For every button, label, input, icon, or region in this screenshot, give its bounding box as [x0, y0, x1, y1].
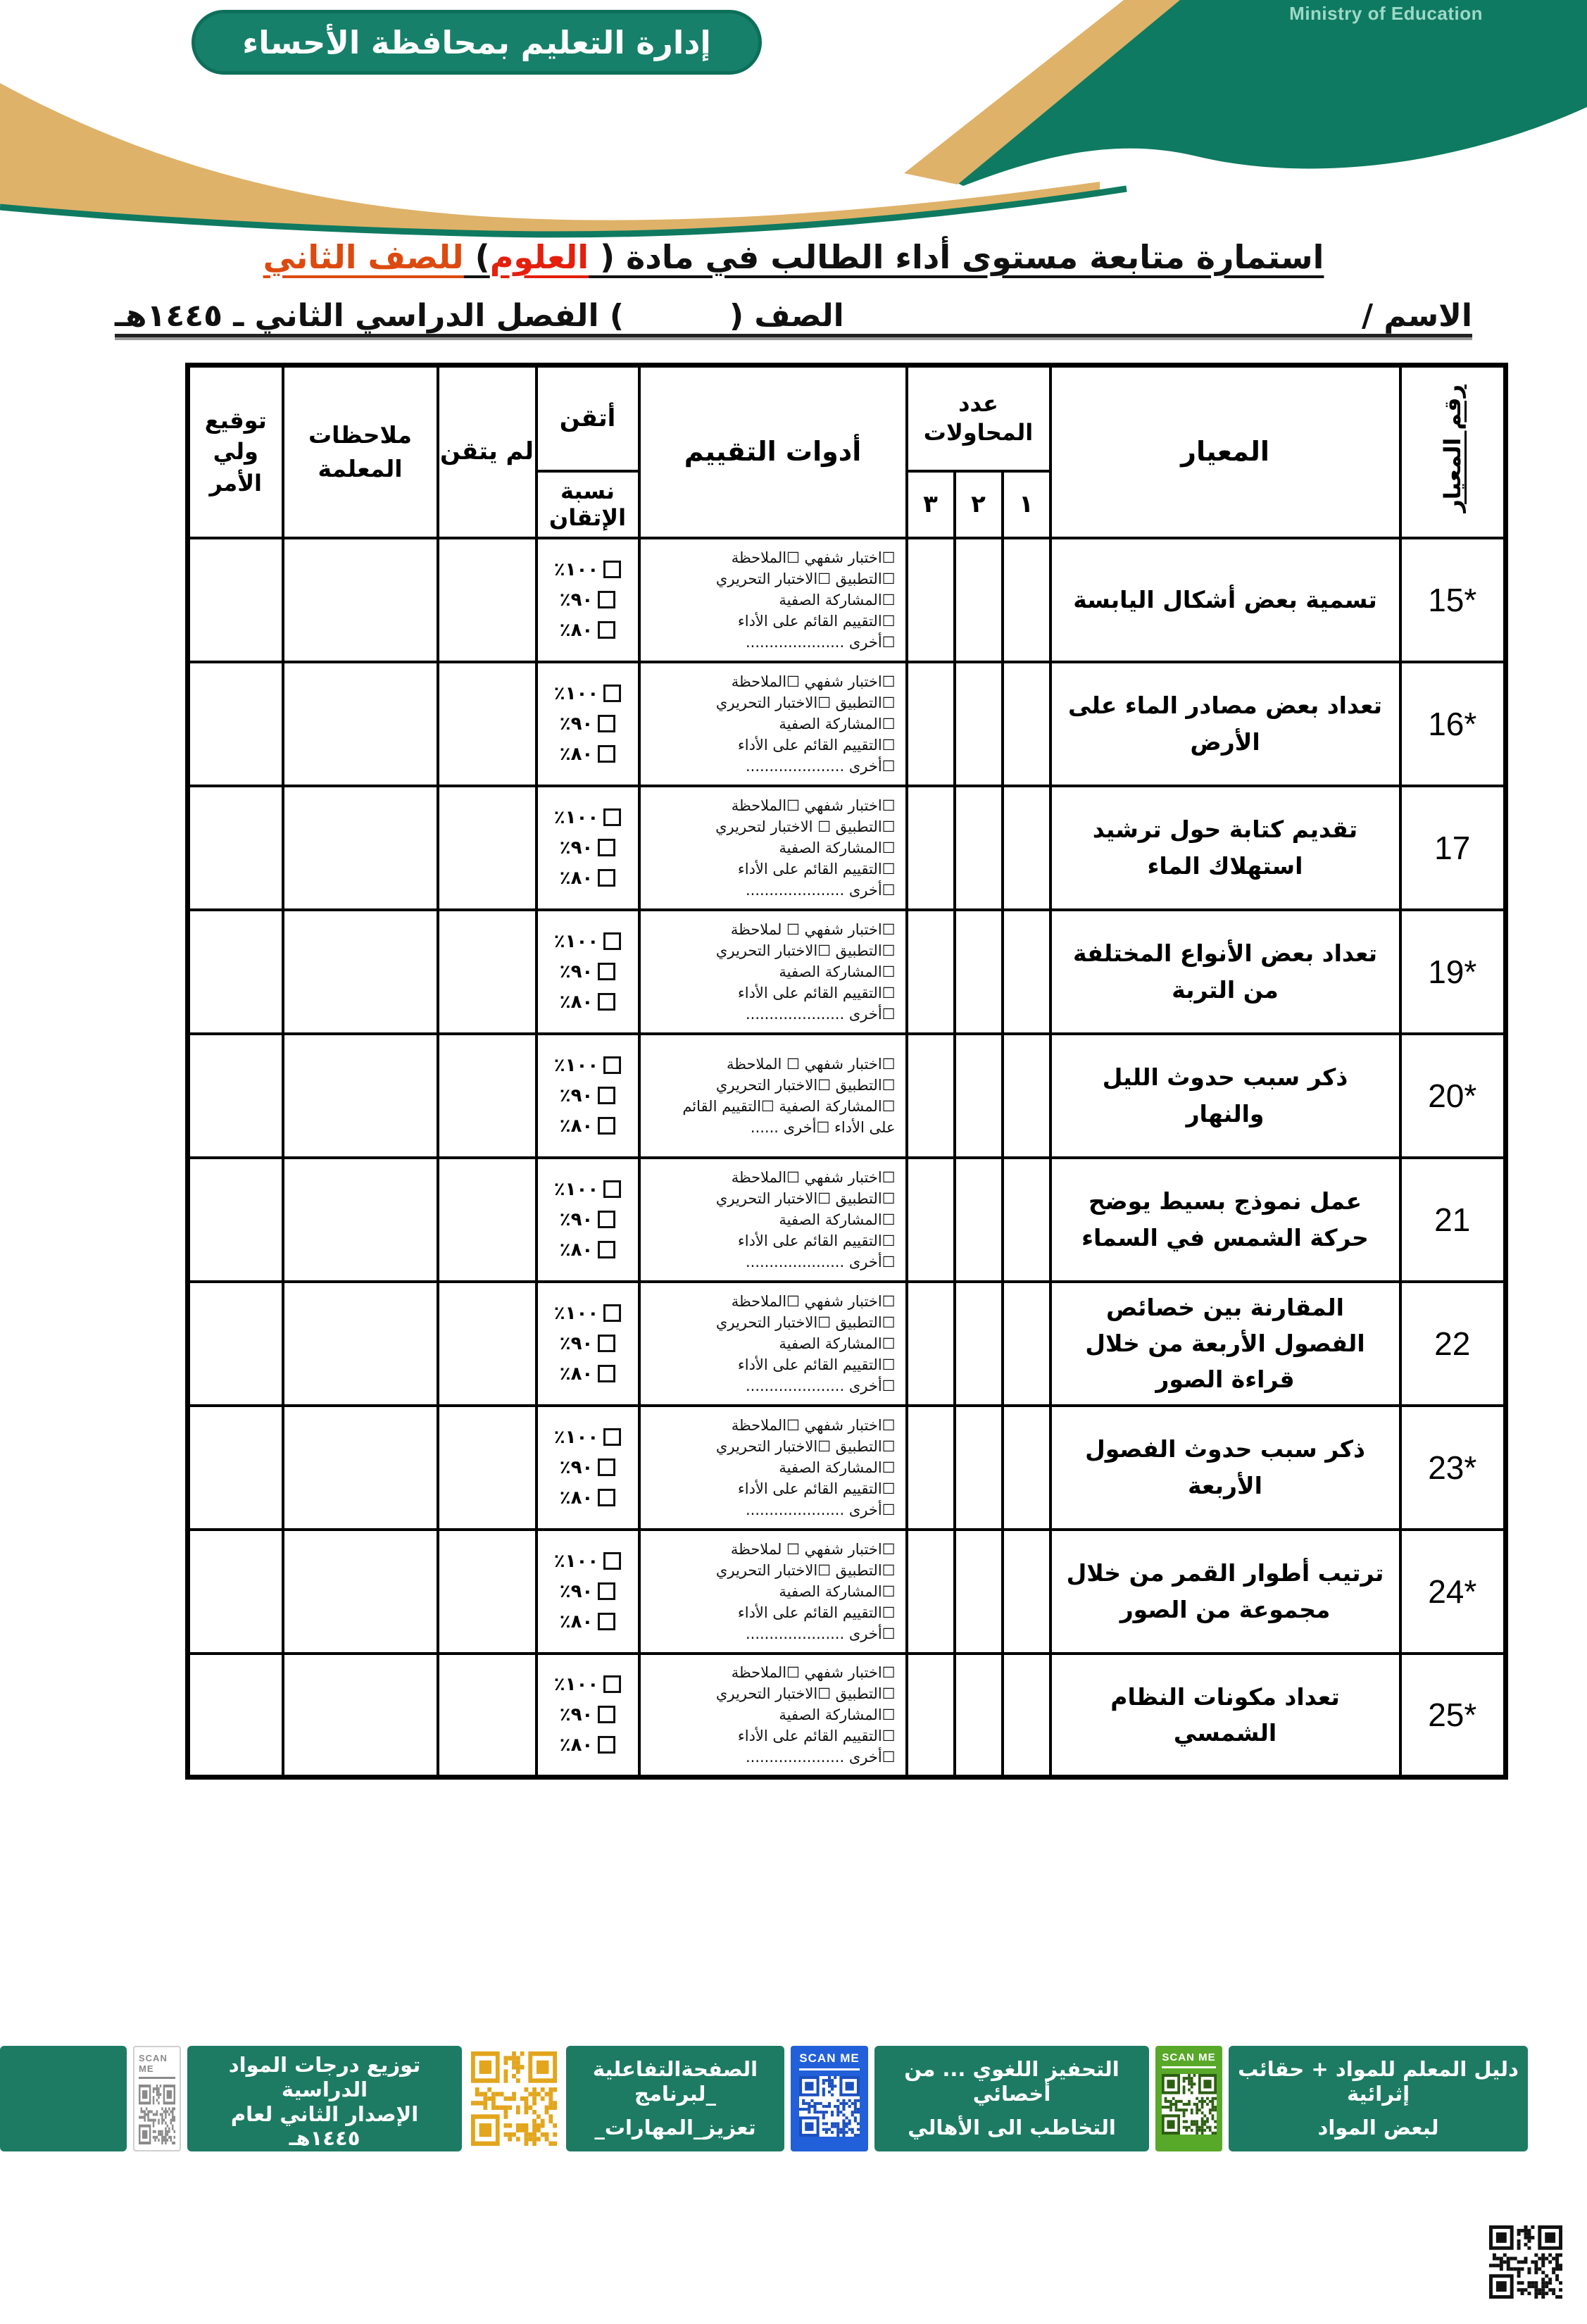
mastery-percentage-label: ١٠٠٪: [554, 807, 598, 828]
guardian-signature-cell[interactable]: [188, 662, 283, 786]
guardian-signature-cell[interactable]: [188, 538, 283, 662]
criterion-text: ذكر سبب حدوث الليل والنهار: [1050, 1034, 1400, 1158]
mastery-percentage-cell: ١٠٠٪٩٠٪٨٠٪: [537, 1158, 639, 1282]
mastery-percentage-cell: ١٠٠٪٩٠٪٨٠٪: [537, 1406, 639, 1530]
tool-option-line[interactable]: ☐اختبار شفهي ☐الملاحظة: [651, 795, 896, 816]
criterion-number: 23*: [1400, 1406, 1506, 1530]
criterion-number: 25*: [1400, 1654, 1506, 1778]
guardian-signature-cell[interactable]: [188, 786, 283, 910]
footer-bar: SCAN ME توزيع درجات المواد الدراسية الإص…: [0, 2046, 1528, 2151]
criterion-text: تقديم كتابة حول ترشيد استهلاك الماء: [1050, 786, 1400, 910]
criterion-text: عمل نموذج بسيط يوضح حركة الشمس في السماء: [1050, 1158, 1400, 1282]
tool-option-line[interactable]: ☐التقييم القائم على الأداء: [651, 1725, 896, 1747]
footer-section-interactive: الصفحةالتفاعلية _لبرنامج تعزيز_المهارات_: [566, 2046, 784, 2151]
criterion-number: 19*: [1400, 910, 1506, 1034]
checkbox-icon[interactable]: [598, 591, 615, 608]
teacher-notes-cell[interactable]: [283, 1530, 438, 1654]
not-mastered-cell[interactable]: [438, 662, 537, 786]
attempt-cell-2[interactable]: [955, 1530, 1003, 1654]
table-row: 15* تسمية بعض أشكال اليابسة ☐اختبار شفهي…: [188, 538, 1506, 662]
mastery-percentage-label: ٨٠٪: [560, 868, 594, 889]
teacher-notes-cell[interactable]: [283, 662, 438, 786]
mastery-level-row: ٩٠٪: [538, 1704, 638, 1725]
tool-option-line[interactable]: ☐اختبار شفهي ☐الملاحظة: [651, 1415, 896, 1436]
criterion-number: 15*: [1400, 538, 1506, 662]
guardian-signature-cell[interactable]: [188, 1034, 283, 1158]
tool-option-line[interactable]: ☐أخرى .....................: [651, 880, 896, 901]
tool-option-line[interactable]: ☐التطبيق ☐الاختبار التحريري: [651, 692, 896, 713]
checkbox-icon[interactable]: [598, 1335, 615, 1352]
footer-section-grades: توزيع درجات المواد الدراسية الإصدار الثا…: [187, 2046, 462, 2151]
motivation-line2: التخاطب الى الأهالي: [908, 2116, 1116, 2140]
not-mastered-cell[interactable]: [438, 1158, 537, 1282]
tool-option-line[interactable]: ☐اختبار شفهي ☐الملاحظة: [651, 1167, 896, 1188]
grades-line1: توزيع درجات المواد الدراسية: [193, 2053, 456, 2102]
guardian-signature-cell[interactable]: [188, 1654, 283, 1778]
checkbox-icon[interactable]: [598, 1087, 615, 1104]
attempt-cell-2[interactable]: [955, 1282, 1003, 1406]
checkbox-icon[interactable]: [598, 1241, 615, 1258]
mastery-percentage-cell: ١٠٠٪٩٠٪٨٠٪: [537, 662, 639, 786]
assessment-tools-cell: ☐اختبار شفهي ☐الملاحظة☐التطبيق ☐الاختبار…: [639, 538, 907, 662]
mastery-percentage-label: ٩٠٪: [560, 837, 594, 858]
assessment-tools-cell: ☐اختبار شفهي ☐الملاحظة☐التطبيق ☐الاختبار…: [639, 1158, 907, 1282]
teacher-notes-cell[interactable]: [283, 1406, 438, 1530]
criterion-text: تسمية بعض أشكال اليابسة: [1050, 538, 1400, 662]
attempt-cell-1[interactable]: [1003, 538, 1050, 662]
table-row: 17 تقديم كتابة حول ترشيد استهلاك الماء ☐…: [188, 786, 1506, 910]
not-mastered-cell[interactable]: [438, 910, 537, 1034]
table-row: 16* تعداد بعض مصادر الماء على الأرض ☐اخت…: [188, 662, 1506, 786]
criterion-number: 21: [1400, 1158, 1506, 1282]
header-mastery-percentage: نسبة الإتقان: [537, 471, 639, 538]
mastery-level-row: ٨٠٪: [538, 1239, 638, 1261]
title-subject: العلوم: [490, 238, 589, 276]
mastery-percentage-label: ٨٠٪: [560, 1487, 594, 1508]
checkbox-icon[interactable]: [603, 685, 621, 702]
guardian-signature-cell[interactable]: [188, 910, 283, 1034]
mastery-level-row: ١٠٠٪: [538, 1674, 638, 1695]
attempt-cell-3[interactable]: [907, 1034, 955, 1158]
mastery-level-row: ١٠٠٪: [538, 683, 638, 704]
tool-option-line[interactable]: ☐التقييم القائم على الأداء: [651, 1354, 896, 1375]
scan-me-label: SCAN ME: [1162, 2051, 1215, 2068]
mastery-level-row: ٨٠٪: [538, 1363, 638, 1385]
tool-option-line[interactable]: ☐المشاركة الصفية: [651, 1209, 896, 1230]
tool-option-line[interactable]: ☐اختبار شفهي ☐ لملاحظة: [651, 919, 896, 940]
tool-option-line[interactable]: ☐التطبيق ☐الاختبار التحريري: [651, 1683, 896, 1704]
tool-option-line[interactable]: ☐التطبيق ☐الاختبار التحريري: [651, 568, 896, 589]
mastery-level-row: ٩٠٪: [538, 713, 638, 735]
tool-option-line[interactable]: ☐التقييم القائم على الأداء: [651, 858, 896, 880]
attempt-cell-3[interactable]: [907, 910, 955, 1034]
tool-option-line[interactable]: ☐المشاركة الصفية: [651, 589, 896, 611]
checkbox-icon[interactable]: [598, 1117, 615, 1135]
mastery-level-row: ١٠٠٪: [538, 1551, 638, 1572]
gold-stripe-shape: [904, 0, 1180, 185]
badge-label: إدارة التعليم بمحافظة الأحساء: [242, 24, 711, 61]
tool-option-line[interactable]: ☐التطبيق ☐الاختبار التحريري: [651, 1188, 896, 1209]
footer-green-spacer: [0, 2046, 127, 2151]
tool-option-line[interactable]: ☐التقييم القائم على الأداء: [651, 1602, 896, 1623]
teacher-notes-cell[interactable]: [283, 786, 438, 910]
tool-option-line[interactable]: ☐المشاركة الصفية: [651, 837, 896, 858]
mastery-level-row: ٩٠٪: [538, 1209, 638, 1230]
mastery-percentage-label: ٩٠٪: [560, 961, 594, 982]
assessment-tools-cell: ☐اختبار شفهي ☐الملاحظة☐التطبيق ☐الاختبار…: [639, 662, 907, 786]
teacher-notes-cell[interactable]: [283, 1654, 438, 1778]
mastery-percentage-label: ٨٠٪: [560, 992, 594, 1013]
mastery-percentage-label: ١٠٠٪: [554, 1055, 598, 1076]
mastery-level-row: ٨٠٪: [538, 992, 638, 1013]
checkbox-icon[interactable]: [603, 1056, 621, 1074]
title-grade: للصف الثاني: [263, 238, 464, 276]
table-row: 20* ذكر سبب حدوث الليل والنهار ☐اختبار ش…: [188, 1034, 1506, 1158]
scan-me-label: SCAN ME: [799, 2051, 859, 2070]
header-attempt-1: ١: [1003, 471, 1050, 538]
header-teacher-notes: ملاحظات المعلمة: [283, 366, 438, 538]
student-info-line: الاسم / الصف ( ) الفصل الدراسي الثاني ـ …: [115, 290, 1472, 337]
tool-option-line[interactable]: ☐اختبار شفهي ☐الملاحظة: [651, 547, 896, 568]
education-administration-badge: إدارة التعليم بمحافظة الأحساء: [192, 10, 762, 75]
mastery-percentage-label: ٩٠٪: [560, 713, 594, 735]
qr-code-interactive: [471, 2051, 557, 2146]
tool-option-line[interactable]: ☐اختبار شفهي ☐ لملاحظة: [651, 1539, 896, 1560]
tool-option-line[interactable]: ☐أخرى .....................: [651, 1623, 896, 1644]
name-label: الاسم /: [1362, 298, 1472, 334]
attempt-cell-1[interactable]: [1003, 662, 1050, 786]
assessment-tools-cell: ☐اختبار شفهي ☐ لملاحظة☐التطبيق ☐الاختبار…: [639, 910, 907, 1034]
attempt-cell-3[interactable]: [907, 662, 955, 786]
assessment-tools-cell: ☐اختبار شفهي ☐ الملاحظة☐التطبيق ☐الاختبا…: [639, 1034, 907, 1158]
guardian-signature-cell[interactable]: [188, 1158, 283, 1282]
not-mastered-cell[interactable]: [438, 1654, 537, 1778]
checkbox-icon[interactable]: [598, 963, 615, 980]
not-mastered-cell[interactable]: [438, 1406, 537, 1530]
checkbox-icon[interactable]: [603, 1428, 621, 1446]
tool-option-line[interactable]: ☐المشاركة الصفية: [651, 713, 896, 735]
mastery-percentage-cell: ١٠٠٪٩٠٪٨٠٪: [537, 910, 639, 1034]
attempt-cell-2[interactable]: [955, 1158, 1003, 1282]
footer-section-guide: دليل المعلم للمواد + حقائب إثرائية لبعض …: [1229, 2046, 1528, 2151]
teal-wave-edge: [0, 189, 1127, 235]
mastery-level-row: ١٠٠٪: [538, 559, 638, 580]
attempt-cell-1[interactable]: [1003, 910, 1050, 1034]
mastery-percentage-label: ٨٠٪: [560, 744, 594, 765]
attempt-cell-3[interactable]: [907, 1530, 955, 1654]
checkbox-icon[interactable]: [598, 1211, 615, 1228]
mastery-percentage-label: ٩٠٪: [560, 1085, 594, 1106]
mastery-level-row: ٨٠٪: [538, 868, 638, 889]
grades-qr-card: SCAN ME: [133, 2046, 181, 2151]
table-row: 21 عمل نموذج بسيط يوضح حركة الشمس في الس…: [188, 1158, 1506, 1282]
mastery-percentage-label: ٩٠٪: [560, 1209, 594, 1230]
table-row: 23* ذكر سبب حدوث الفصول الأربعة ☐اختبار …: [188, 1406, 1506, 1530]
mastery-percentage-label: ١٠٠٪: [554, 683, 598, 704]
attempt-cell-3[interactable]: [907, 1654, 955, 1778]
checkbox-icon[interactable]: [598, 1365, 615, 1382]
attempt-cell-3[interactable]: [907, 786, 955, 910]
mastery-level-row: ٨٠٪: [538, 1611, 638, 1632]
gold-wave-shape: [0, 83, 1100, 233]
checkbox-icon[interactable]: [598, 715, 615, 732]
mastery-percentage-cell: ١٠٠٪٩٠٪٨٠٪: [537, 1654, 639, 1778]
attempt-cell-2[interactable]: [955, 1034, 1003, 1158]
not-mastered-cell[interactable]: [438, 1530, 537, 1654]
mastery-percentage-cell: ١٠٠٪٩٠٪٨٠٪: [537, 786, 639, 910]
semester-label: ) الفصل الدراسي الثاني ـ ١٤٤٥هـ: [115, 298, 624, 334]
mastery-level-row: ٩٠٪: [538, 1085, 638, 1106]
grades-line2: الإصدار الثاني لعام ١٤٤٥هـ: [193, 2102, 456, 2151]
attempt-cell-1[interactable]: [1003, 1158, 1050, 1282]
mastery-percentage-label: ٨٠٪: [560, 1363, 594, 1385]
performance-tracking-table: رقم المعيار المعيار عدد المحاولات أدوات …: [185, 363, 1508, 1780]
tool-option-line[interactable]: ☐التقييم القائم على الأداء: [651, 1230, 896, 1251]
mastery-level-row: ١٠٠٪: [538, 807, 638, 828]
interactive-line2: تعزيز_المهارات_: [594, 2116, 755, 2140]
ministry-of-education-label: Ministry of Education: [1289, 3, 1483, 25]
not-mastered-cell[interactable]: [438, 786, 537, 910]
attempt-cell-1[interactable]: [1003, 1406, 1050, 1530]
tool-option-line[interactable]: ☐أخرى .....................: [651, 1251, 896, 1273]
criterion-text: تعداد مكونات النظام الشمسي: [1050, 1654, 1400, 1778]
criterion-text: ذكر سبب حدوث الفصول الأربعة: [1050, 1406, 1400, 1530]
tool-option-line[interactable]: ☐التقييم القائم على الأداء: [651, 611, 896, 632]
header-assessment-tools: أدوات التقييم: [639, 366, 907, 538]
class-label: الصف (: [729, 298, 844, 334]
mastery-percentage-label: ٩٠٪: [560, 1704, 594, 1725]
mastery-percentage-label: ١٠٠٪: [554, 931, 598, 952]
mastery-level-row: ٨٠٪: [538, 1735, 638, 1756]
table-row: 24* ترتيب أطوار القمر من خلال مجموعة من …: [188, 1530, 1506, 1654]
assessment-tools-cell: ☐اختبار شفهي ☐الملاحظة☐التطبيق ☐ الاختبا…: [639, 786, 907, 910]
header-criterion-number: رقم المعيار: [1400, 366, 1506, 538]
tool-option-line[interactable]: على الأداء ☐أخرى ......: [651, 1117, 896, 1138]
mastery-percentage-label: ٨٠٪: [560, 1116, 594, 1137]
footer-section-motivation: التحفيز اللغوي ... من أخصائي التخاطب الى…: [874, 2046, 1149, 2151]
attempt-cell-2[interactable]: [955, 662, 1003, 786]
interactive-qr-card: [468, 2046, 560, 2151]
title-prefix: استمارة متابعة مستوى أداء الطالب في مادة…: [589, 238, 1324, 276]
attempt-cell-2[interactable]: [955, 1406, 1003, 1530]
tool-option-line[interactable]: ☐اختبار شفهي ☐الملاحظة: [651, 1291, 896, 1312]
header-criterion: المعيار: [1050, 366, 1400, 538]
checkbox-icon[interactable]: [598, 1458, 615, 1476]
checkbox-icon[interactable]: [603, 932, 621, 950]
guide-qr-card: SCAN ME: [1155, 2046, 1222, 2151]
mastery-percentage-label: ١٠٠٪: [554, 1303, 598, 1324]
assessment-tools-cell: ☐اختبار شفهي ☐ لملاحظة☐التطبيق ☐الاختبار…: [639, 1530, 907, 1654]
document-page: Ministry of Education إدارة التعليم بمحا…: [0, 0, 1587, 2324]
attempt-cell-1[interactable]: [1003, 1282, 1050, 1406]
checkbox-icon[interactable]: [598, 869, 615, 887]
mastery-percentage-label: ٨٠٪: [560, 1611, 594, 1632]
tool-option-line[interactable]: ☐أخرى .....................: [651, 1375, 896, 1397]
mastery-percentage-label: ٨٠٪: [560, 1735, 594, 1756]
tool-option-line[interactable]: ☐المشاركة الصفية: [651, 1333, 896, 1354]
guide-line2: لبعض المواد: [1317, 2116, 1438, 2140]
tool-option-line[interactable]: ☐التطبيق ☐الاختبار التحريري: [651, 1075, 896, 1096]
teacher-notes-cell[interactable]: [283, 1034, 438, 1158]
mastery-level-row: ١٠٠٪: [538, 931, 638, 952]
title-close-paren: ): [464, 238, 490, 276]
teacher-notes-cell[interactable]: [283, 538, 438, 662]
tool-option-line[interactable]: ☐المشاركة الصفية ☐التقييم القائم: [651, 1096, 896, 1117]
tool-option-line[interactable]: ☐أخرى .....................: [651, 756, 896, 777]
tool-option-line[interactable]: ☐المشاركة الصفية: [651, 1581, 896, 1602]
green-swoosh-shape: [955, 0, 1587, 186]
criterion-text: تعداد بعض الأنواع المختلفة من التربة: [1050, 910, 1400, 1034]
attempt-cell-2[interactable]: [955, 538, 1003, 662]
checkbox-icon[interactable]: [598, 839, 615, 856]
header-mastered: أتقن: [537, 366, 639, 471]
teacher-notes-cell[interactable]: [283, 910, 438, 1034]
guardian-signature-cell[interactable]: [188, 1530, 283, 1654]
criterion-number: 20*: [1400, 1034, 1506, 1158]
tool-option-line[interactable]: ☐التطبيق ☐الاختبار التحريري: [651, 1436, 896, 1457]
table-row: 19* تعداد بعض الأنواع المختلفة من التربة…: [188, 910, 1506, 1034]
teacher-notes-cell[interactable]: [283, 1282, 438, 1406]
criterion-text: المقارنة بين خصائص الفصول الأربعة من خلا…: [1050, 1282, 1400, 1406]
mastery-percentage-label: ١٠٠٪: [554, 559, 598, 580]
attempt-cell-3[interactable]: [907, 538, 955, 662]
tool-option-line[interactable]: ☐المشاركة الصفية: [651, 961, 896, 982]
mastery-percentage-label: ١٠٠٪: [554, 1179, 598, 1200]
checkbox-icon[interactable]: [598, 1736, 615, 1754]
mastery-percentage-label: ٩٠٪: [560, 1457, 594, 1478]
header-attempt-2: ٢: [955, 471, 1003, 538]
interactive-line1: الصفحةالتفاعلية _لبرنامج: [572, 2057, 779, 2106]
mastery-level-row: ٩٠٪: [538, 1333, 638, 1354]
mastery-level-row: ٩٠٪: [538, 1457, 638, 1478]
criterion-number: 17: [1400, 786, 1506, 910]
tool-option-line[interactable]: ☐التطبيق ☐ الاختبار لتحريري: [651, 816, 896, 837]
tool-option-line[interactable]: ☐اختبار شفهي ☐الملاحظة: [651, 671, 896, 692]
assessment-tools-cell: ☐اختبار شفهي ☐الملاحظة☐التطبيق ☐الاختبار…: [639, 1406, 907, 1530]
mastery-percentage-label: ٩٠٪: [560, 589, 594, 611]
mastery-percentage-label: ١٠٠٪: [554, 1551, 598, 1572]
tool-option-line[interactable]: ☐أخرى .....................: [651, 1499, 896, 1520]
mastery-level-row: ٨٠٪: [538, 1487, 638, 1508]
tool-option-line[interactable]: ☐المشاركة الصفية: [651, 1457, 896, 1478]
assessment-tools-cell: ☐اختبار شفهي ☐الملاحظة☐التطبيق ☐الاختبار…: [639, 1282, 907, 1406]
mastery-level-row: ٨٠٪: [538, 744, 638, 765]
checkbox-icon[interactable]: [603, 808, 621, 826]
mastery-level-row: ٨٠٪: [538, 1116, 638, 1137]
tool-option-line[interactable]: ☐التطبيق ☐الاختبار التحريري: [651, 940, 896, 961]
criterion-text: تعداد بعض مصادر الماء على الأرض: [1050, 662, 1400, 786]
attempt-cell-1[interactable]: [1003, 1654, 1050, 1778]
mastery-percentage-label: ٩٠٪: [560, 1333, 594, 1354]
mastery-level-row: ٩٠٪: [538, 961, 638, 982]
tool-option-line[interactable]: ☐المشاركة الصفية: [651, 1704, 896, 1725]
mastery-level-row: ٨٠٪: [538, 620, 638, 641]
mastery-percentage-cell: ١٠٠٪٩٠٪٨٠٪: [537, 1530, 639, 1654]
header-guardian-signature: توقيع ولي الأمر: [188, 366, 283, 538]
mastery-level-row: ١٠٠٪: [538, 1055, 638, 1076]
motivation-line1: التحفيز اللغوي ... من أخصائي: [880, 2057, 1143, 2106]
not-mastered-cell[interactable]: [438, 1282, 537, 1406]
attempt-cell-2[interactable]: [955, 910, 1003, 1034]
mastery-percentage-cell: ١٠٠٪٩٠٪٨٠٪: [537, 1282, 639, 1406]
checkbox-icon[interactable]: [603, 1552, 621, 1570]
attempt-cell-3[interactable]: [907, 1406, 955, 1530]
teacher-notes-cell[interactable]: [283, 1158, 438, 1282]
name-blank-field[interactable]: [844, 290, 1362, 334]
attempt-cell-1[interactable]: [1003, 786, 1050, 910]
mastery-level-row: ٩٠٪: [538, 1581, 638, 1602]
checkbox-icon[interactable]: [598, 993, 615, 1011]
checkbox-icon[interactable]: [598, 1582, 615, 1600]
tool-option-line[interactable]: ☐أخرى .....................: [651, 632, 896, 653]
tool-option-line[interactable]: ☐التقييم القائم على الأداء: [651, 982, 896, 1004]
checkbox-icon[interactable]: [598, 1706, 615, 1723]
mastery-percentage-cell: ١٠٠٪٩٠٪٨٠٪: [537, 538, 639, 662]
not-mastered-cell[interactable]: [438, 538, 537, 662]
attempt-cell-3[interactable]: [907, 1282, 955, 1406]
checkbox-icon[interactable]: [598, 1489, 615, 1506]
attempt-cell-2[interactable]: [955, 1654, 1003, 1778]
header-attempts: عدد المحاولات: [907, 366, 1050, 471]
checkbox-icon[interactable]: [603, 561, 621, 578]
mastery-level-row: ١٠٠٪: [538, 1427, 638, 1448]
attempt-cell-1[interactable]: [1003, 1530, 1050, 1654]
checkbox-icon[interactable]: [598, 745, 615, 763]
table-row: 22 المقارنة بين خصائص الفصول الأربعة من …: [188, 1282, 1506, 1406]
mastery-level-row: ١٠٠٪: [538, 1303, 638, 1324]
mastery-percentage-label: ٨٠٪: [560, 620, 594, 641]
criterion-number: 22: [1400, 1282, 1506, 1406]
tool-option-line[interactable]: ☐أخرى .....................: [651, 1747, 896, 1768]
tool-option-line[interactable]: ☐التطبيق ☐الاختبار التحريري: [651, 1312, 896, 1333]
header-not-mastered: لم يتقن: [438, 366, 537, 538]
attempt-cell-3[interactable]: [907, 1158, 955, 1282]
guide-line1: دليل المعلم للمواد + حقائب إثرائية: [1234, 2057, 1522, 2106]
scan-me-label: SCAN ME: [139, 2053, 175, 2079]
assessment-tools-cell: ☐اختبار شفهي ☐الملاحظة☐التطبيق ☐الاختبار…: [639, 1654, 907, 1778]
checkbox-icon[interactable]: [598, 1613, 615, 1630]
criterion-text: ترتيب أطوار القمر من خلال مجموعة من الصو…: [1050, 1530, 1400, 1654]
attempt-cell-2[interactable]: [955, 786, 1003, 910]
not-mastered-cell[interactable]: [438, 1034, 537, 1158]
qr-code-guide: [1162, 2074, 1217, 2135]
tool-option-line[interactable]: ☐التقييم القائم على الأداء: [651, 1478, 896, 1499]
tool-option-line[interactable]: ☐اختبار شفهي ☐الملاحظة: [651, 1662, 896, 1683]
guardian-signature-cell[interactable]: [188, 1406, 283, 1530]
guardian-signature-cell[interactable]: [188, 1282, 283, 1406]
checkbox-icon[interactable]: [603, 1304, 621, 1322]
attempt-cell-1[interactable]: [1003, 1034, 1050, 1158]
checkbox-icon[interactable]: [603, 1675, 621, 1693]
criterion-number: 24*: [1400, 1530, 1506, 1654]
mastery-level-row: ٩٠٪: [538, 589, 638, 611]
checkbox-icon[interactable]: [598, 621, 615, 639]
tool-option-line[interactable]: ☐أخرى .....................: [651, 1004, 896, 1025]
mastery-percentage-label: ١٠٠٪: [554, 1427, 598, 1448]
checkbox-icon[interactable]: [603, 1180, 621, 1198]
tool-option-line[interactable]: ☐التطبيق ☐الاختبار التحريري: [651, 1560, 896, 1581]
tool-option-line[interactable]: ☐اختبار شفهي ☐ الملاحظة: [651, 1054, 896, 1075]
mastery-percentage-label: ١٠٠٪: [554, 1674, 598, 1695]
class-blank-field[interactable]: [624, 290, 729, 334]
mastery-percentage-cell: ١٠٠٪٩٠٪٨٠٪: [537, 1034, 639, 1158]
tool-option-line[interactable]: ☐التقييم القائم على الأداء: [651, 735, 896, 756]
form-title: استمارة متابعة مستوى أداء الطالب في مادة…: [0, 238, 1587, 276]
criterion-number: 16*: [1400, 662, 1506, 786]
mastery-percentage-label: ٩٠٪: [560, 1581, 594, 1602]
mastery-level-row: ٩٠٪: [538, 837, 638, 858]
qr-code-grades: [139, 2085, 175, 2144]
